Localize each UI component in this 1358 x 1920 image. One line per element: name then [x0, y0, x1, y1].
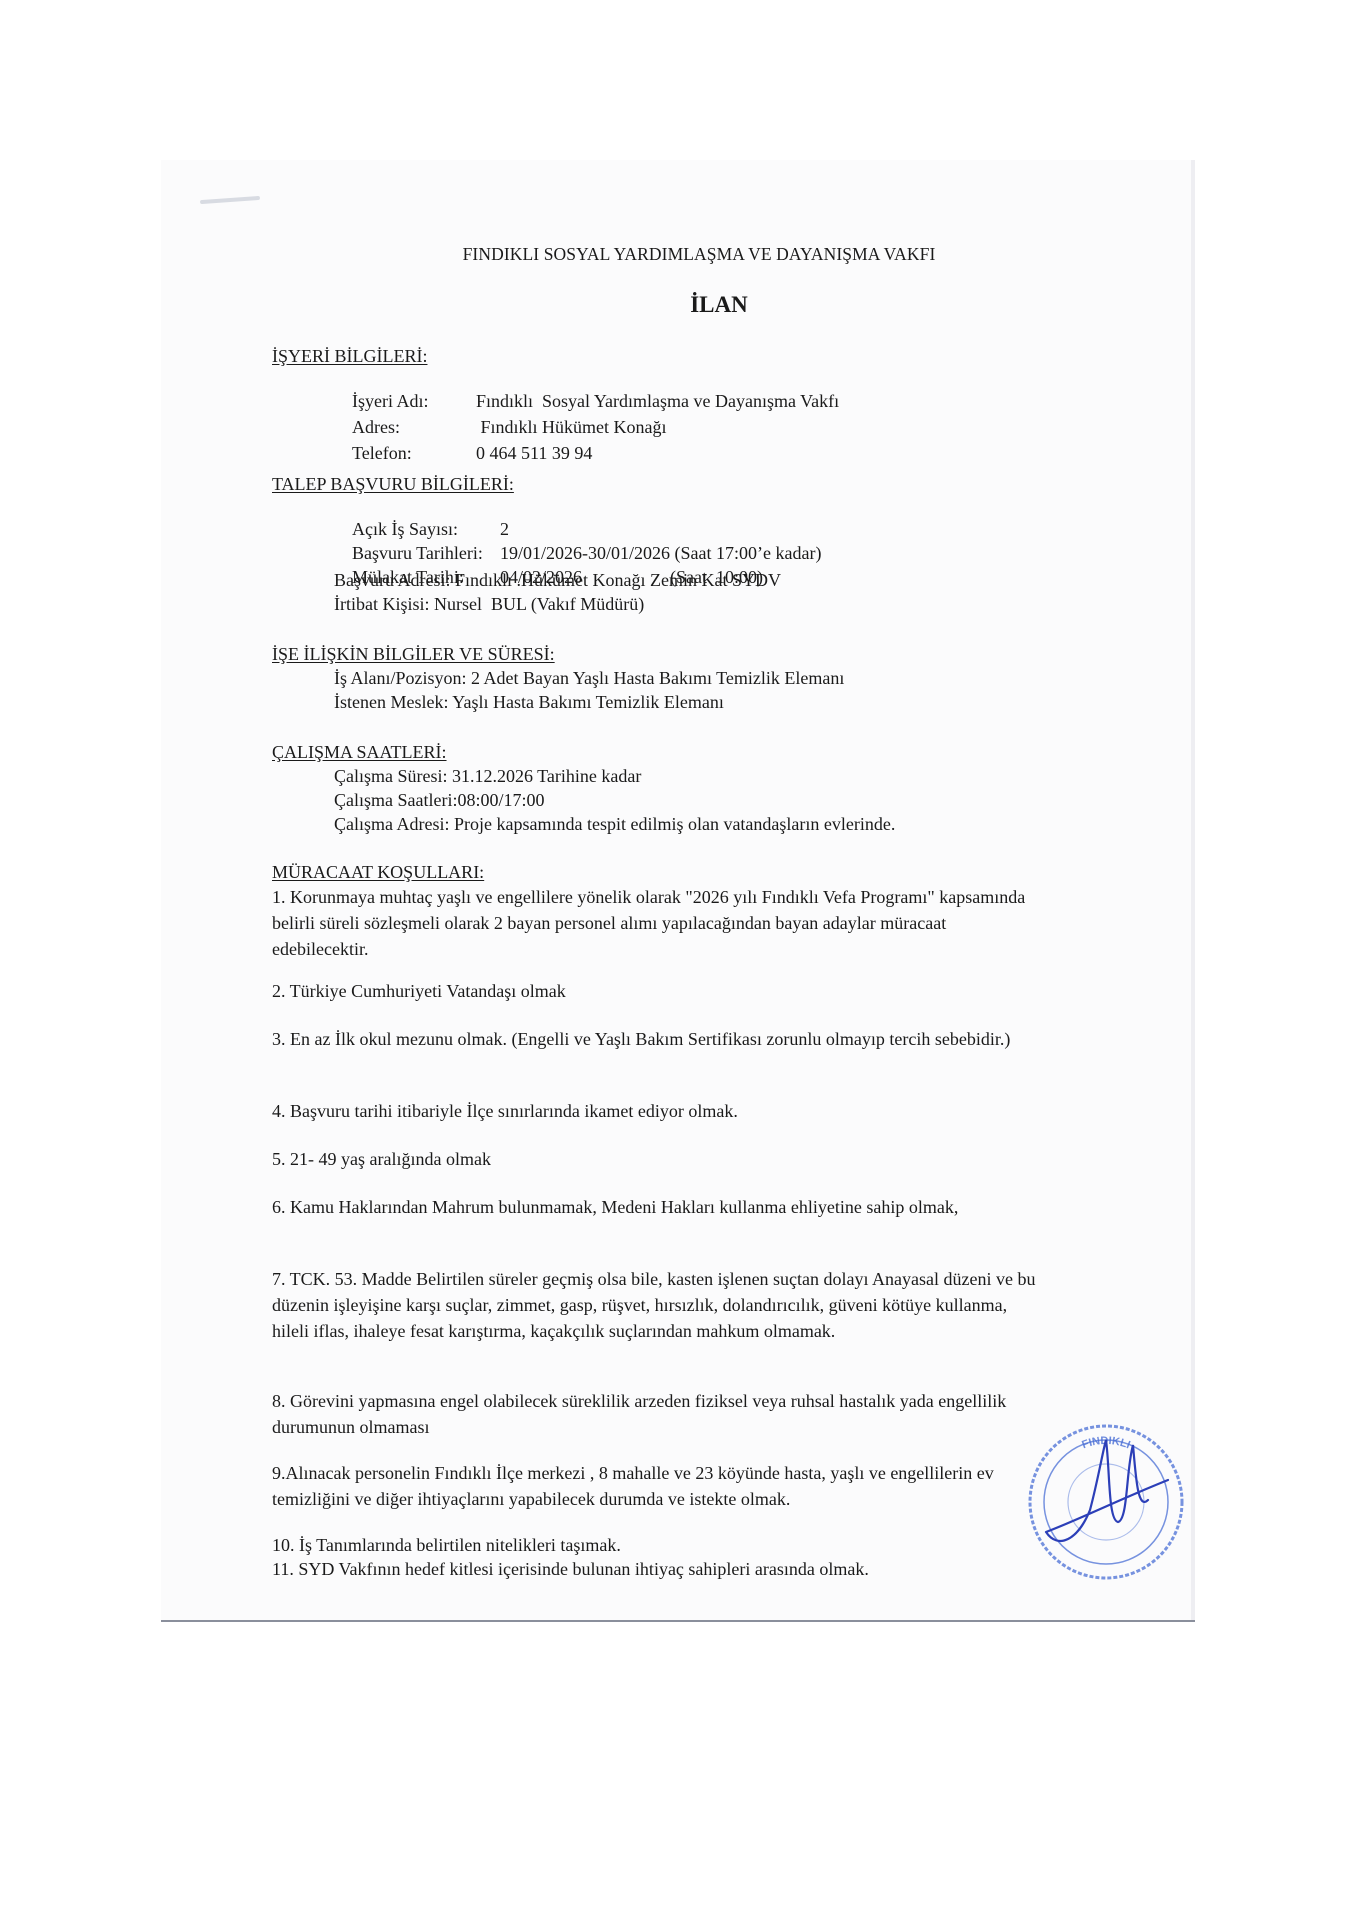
document-title: İLAN [0, 292, 1358, 318]
scan-bottom-border [161, 1620, 1195, 1622]
hours-heading: ÇALIŞMA SAATLERİ: [272, 742, 447, 763]
field-label: Telefon: [352, 443, 476, 464]
condition-item: 10. İş Tanımlarında belirtilen nitelikle… [272, 1532, 1042, 1558]
condition-item: 1. Korunmaya muhtaç yaşlı ve engellilere… [272, 884, 1042, 962]
condition-item: 9.Alınacak personelin Fındıklı İlçe merk… [272, 1460, 1042, 1512]
application-heading: TALEP BAŞVURU BİLGİLERİ: [272, 474, 514, 495]
conditions-heading: MÜRACAAT KOŞULLARI: [272, 862, 484, 883]
condition-item: 2. Türkiye Cumhuriyeti Vatandaşı olmak [272, 978, 1042, 1004]
field-value: 0 464 511 39 94 [476, 443, 592, 463]
condition-item: 11. SYD Vakfının hedef kitlesi içerisind… [272, 1556, 1042, 1582]
job-profession: İstenen Meslek: Yaşlı Hasta Bakımı Temiz… [334, 692, 724, 713]
job-heading: İŞE İLİŞKİN BİLGİLER VE SÜRESİ: [272, 644, 555, 665]
condition-item: 5. 21- 49 yaş aralığında olmak [272, 1146, 1042, 1172]
condition-item: 8. Görevini yapmasına engel olabilecek s… [272, 1388, 1042, 1440]
work-duration: Çalışma Süresi: 31.12.2026 Tarihine kada… [334, 766, 641, 787]
job-position: İş Alanı/Pozisyon: 2 Adet Bayan Yaşlı Ha… [334, 668, 844, 689]
condition-item: 7. TCK. 53. Madde Belirtilen süreler geç… [272, 1266, 1042, 1344]
contact-person: İrtibat Kişisi: Nursel BUL (Vakıf Müdürü… [334, 594, 644, 615]
condition-item: 6. Kamu Haklarından Mahrum bulunmamak, M… [272, 1194, 1042, 1220]
work-address: Çalışma Adresi: Proje kapsamında tespit … [334, 814, 895, 835]
application-address: Başvuru Adresi: Fındıklı .Hükümet Konağı… [334, 570, 781, 591]
official-seal-icon: FINDIKLI [1018, 1410, 1193, 1595]
condition-item: 3. En az İlk okul mezunu olmak. (Engelli… [272, 1026, 1042, 1052]
employer-heading: İŞYERİ BİLGİLERİ: [272, 346, 427, 367]
organization-name: FINDIKLI SOSYAL YARDIMLAŞMA VE DAYANIŞMA… [0, 244, 1358, 265]
scan-edge [1191, 160, 1195, 1621]
condition-item: 4. Başvuru tarihi itibariyle İlçe sınırl… [272, 1098, 1042, 1124]
work-hours: Çalışma Saatleri:08:00/17:00 [334, 790, 544, 811]
